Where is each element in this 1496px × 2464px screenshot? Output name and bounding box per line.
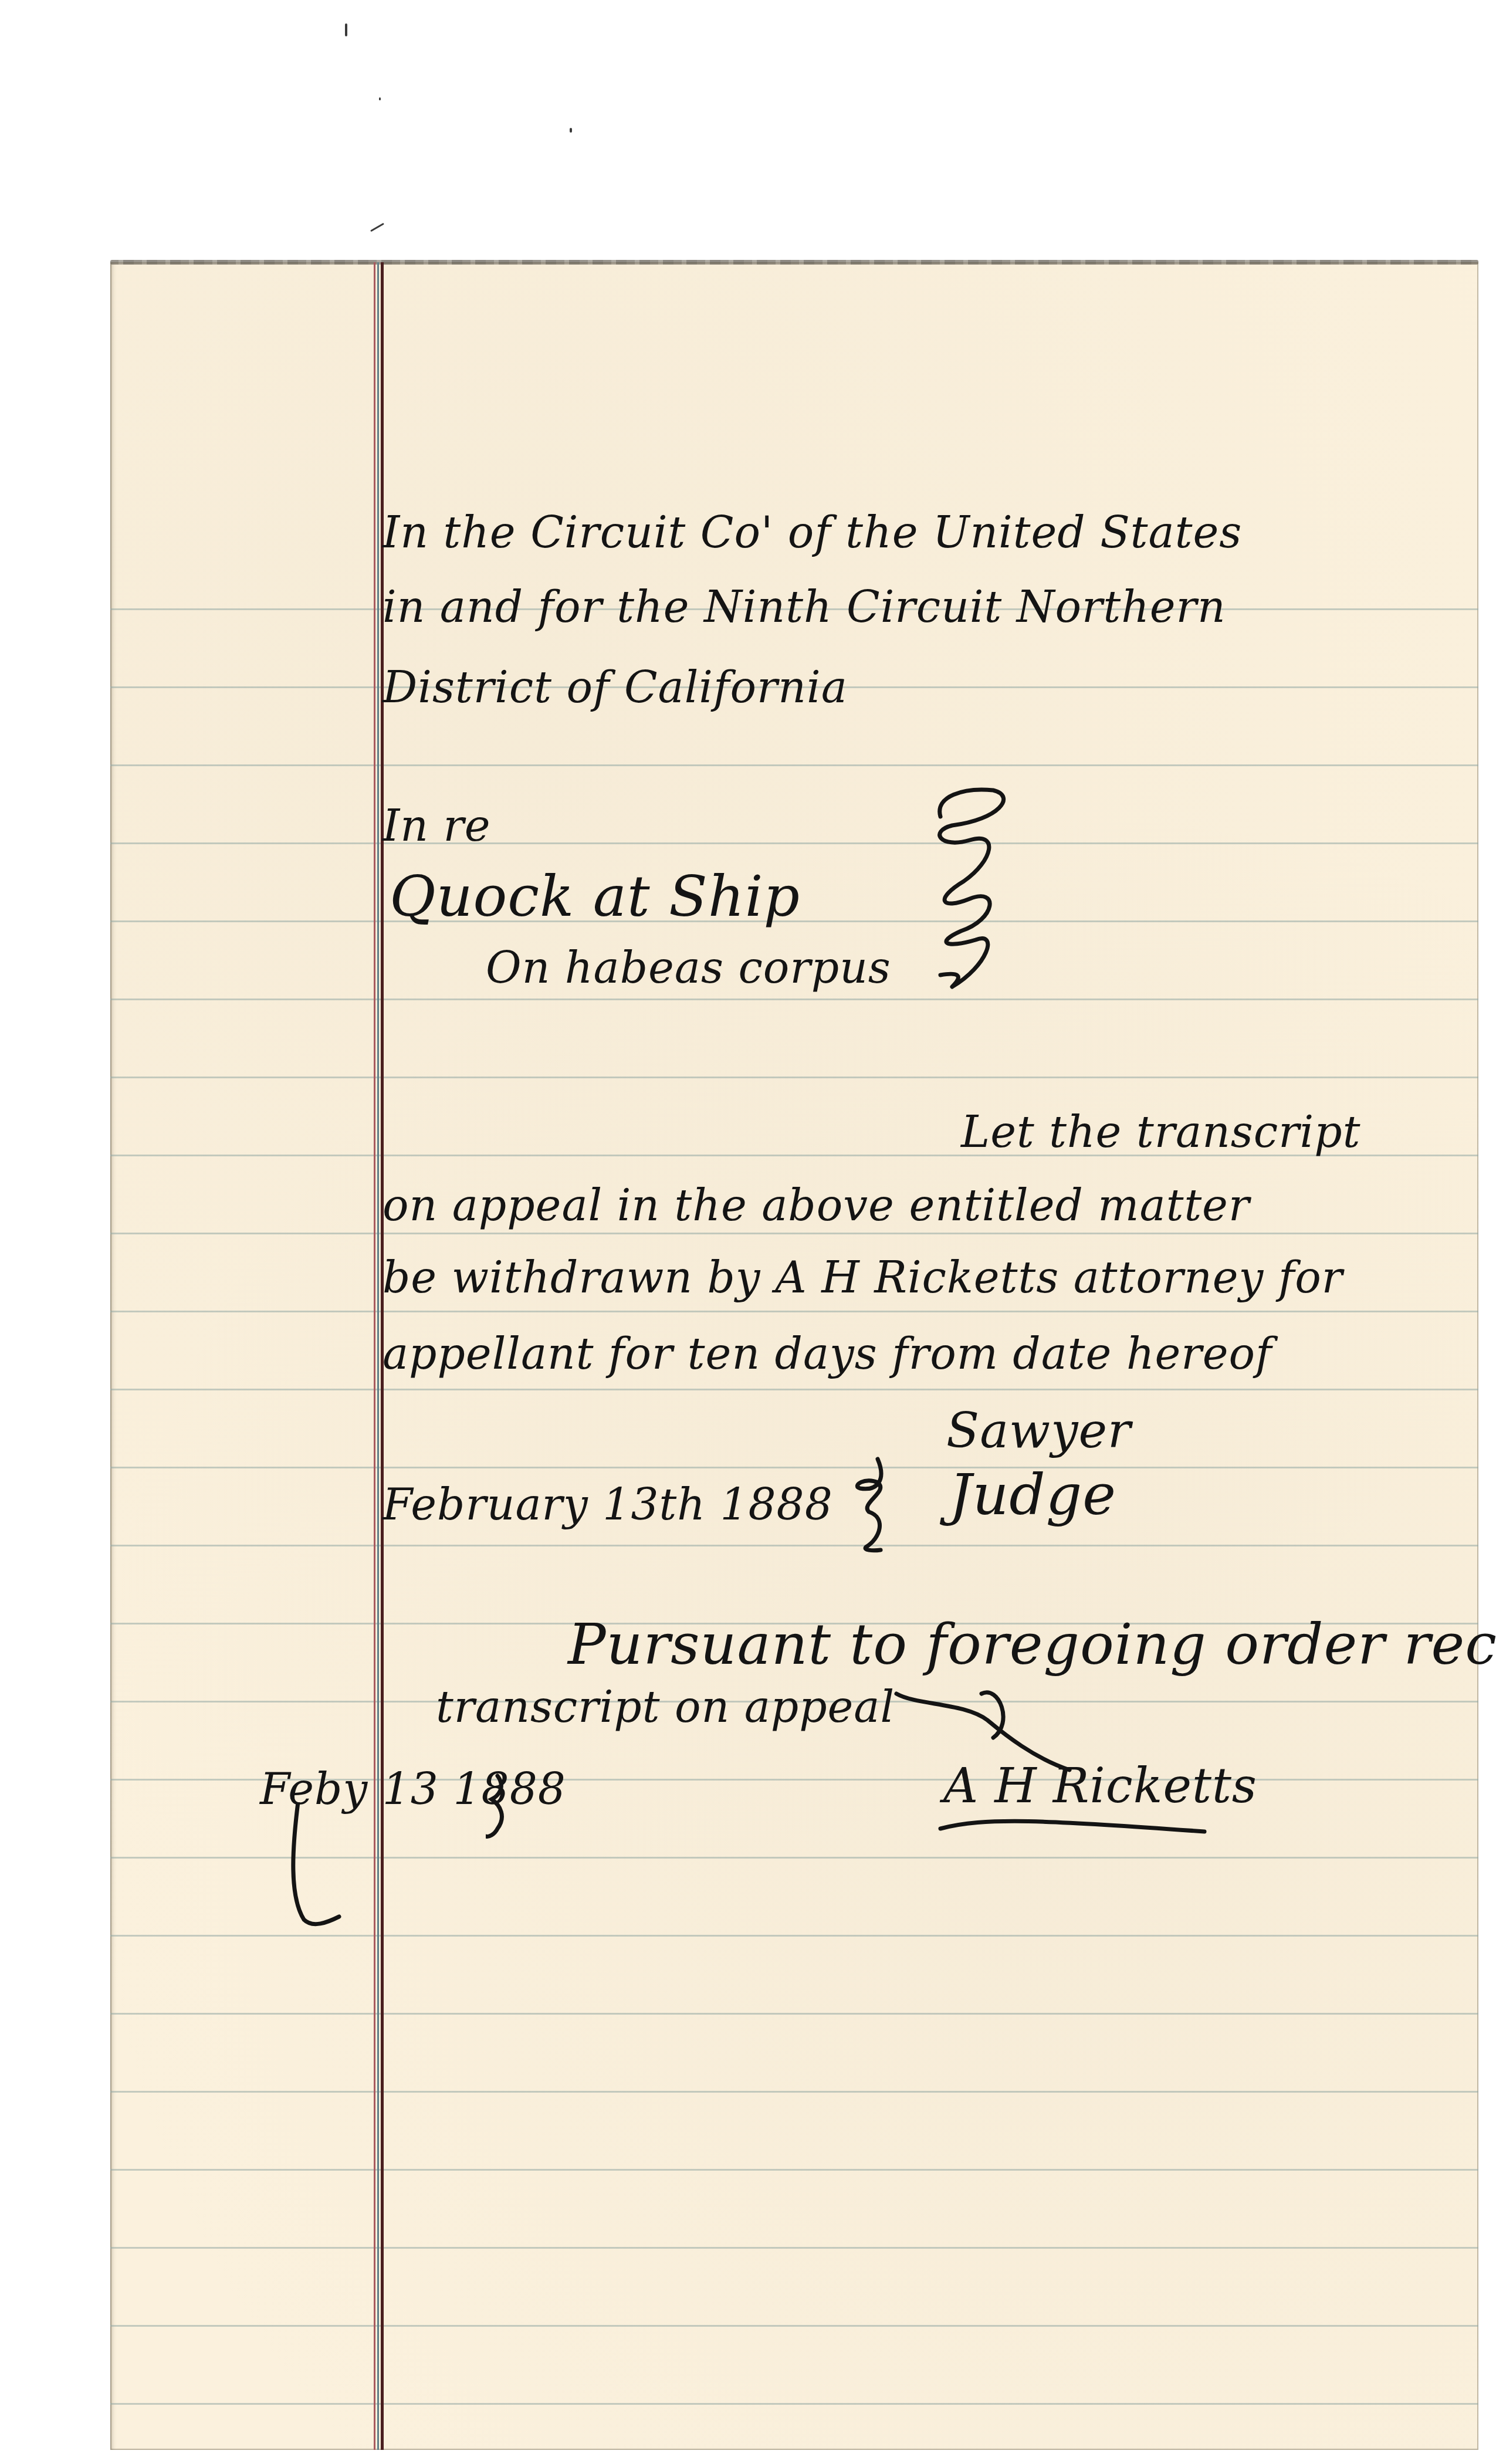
scan-speck	[370, 223, 384, 232]
signature-underline-icon	[937, 1814, 1207, 1837]
caption-line-3: District of California	[383, 662, 848, 713]
receipt-brace-icon	[486, 1773, 521, 1843]
order-line-1: Let the transcript	[961, 1107, 1360, 1157]
in-re-label: In re	[383, 801, 491, 851]
date-brace-icon	[854, 1456, 895, 1556]
receipt-line-1: Pursuant to foregoing order received	[568, 1612, 1496, 1677]
scan-speck	[570, 128, 572, 133]
order-line-4: appellant for ten days from date hereof	[383, 1329, 1272, 1379]
receipt-line-2: transcript on appeal	[436, 1682, 895, 1732]
caption-line-2: in and for the Ninth Circuit Northern	[383, 582, 1226, 632]
judge-title: Judge	[949, 1462, 1116, 1528]
judge-name: Sawyer	[946, 1403, 1131, 1459]
bracket-flourish-icon	[929, 773, 1017, 1007]
deckled-top-edge	[110, 260, 1478, 265]
order-line-3: be withdrawn by A H Ricketts attorney fo…	[383, 1253, 1343, 1303]
scan-speck	[379, 97, 381, 100]
scan-speck	[345, 23, 347, 36]
caption-line-1: In the Circuit Co' of the United States	[383, 507, 1242, 558]
order-date: February 13th 1888	[383, 1480, 833, 1530]
margin-line-red	[374, 262, 375, 2450]
ruled-paper-sheet: In the Circuit Co' of the United States …	[110, 262, 1478, 2450]
case-proceeding: On habeas corpus	[486, 943, 891, 993]
receipt-connector-flourish-icon	[893, 1682, 1105, 1776]
margin-line-blue	[377, 262, 379, 2450]
case-party-name: Quock at Ship	[390, 864, 800, 929]
order-line-2: on appeal in the above entitled matter	[383, 1180, 1250, 1231]
receipt-date-flourish-icon	[286, 1802, 357, 1931]
